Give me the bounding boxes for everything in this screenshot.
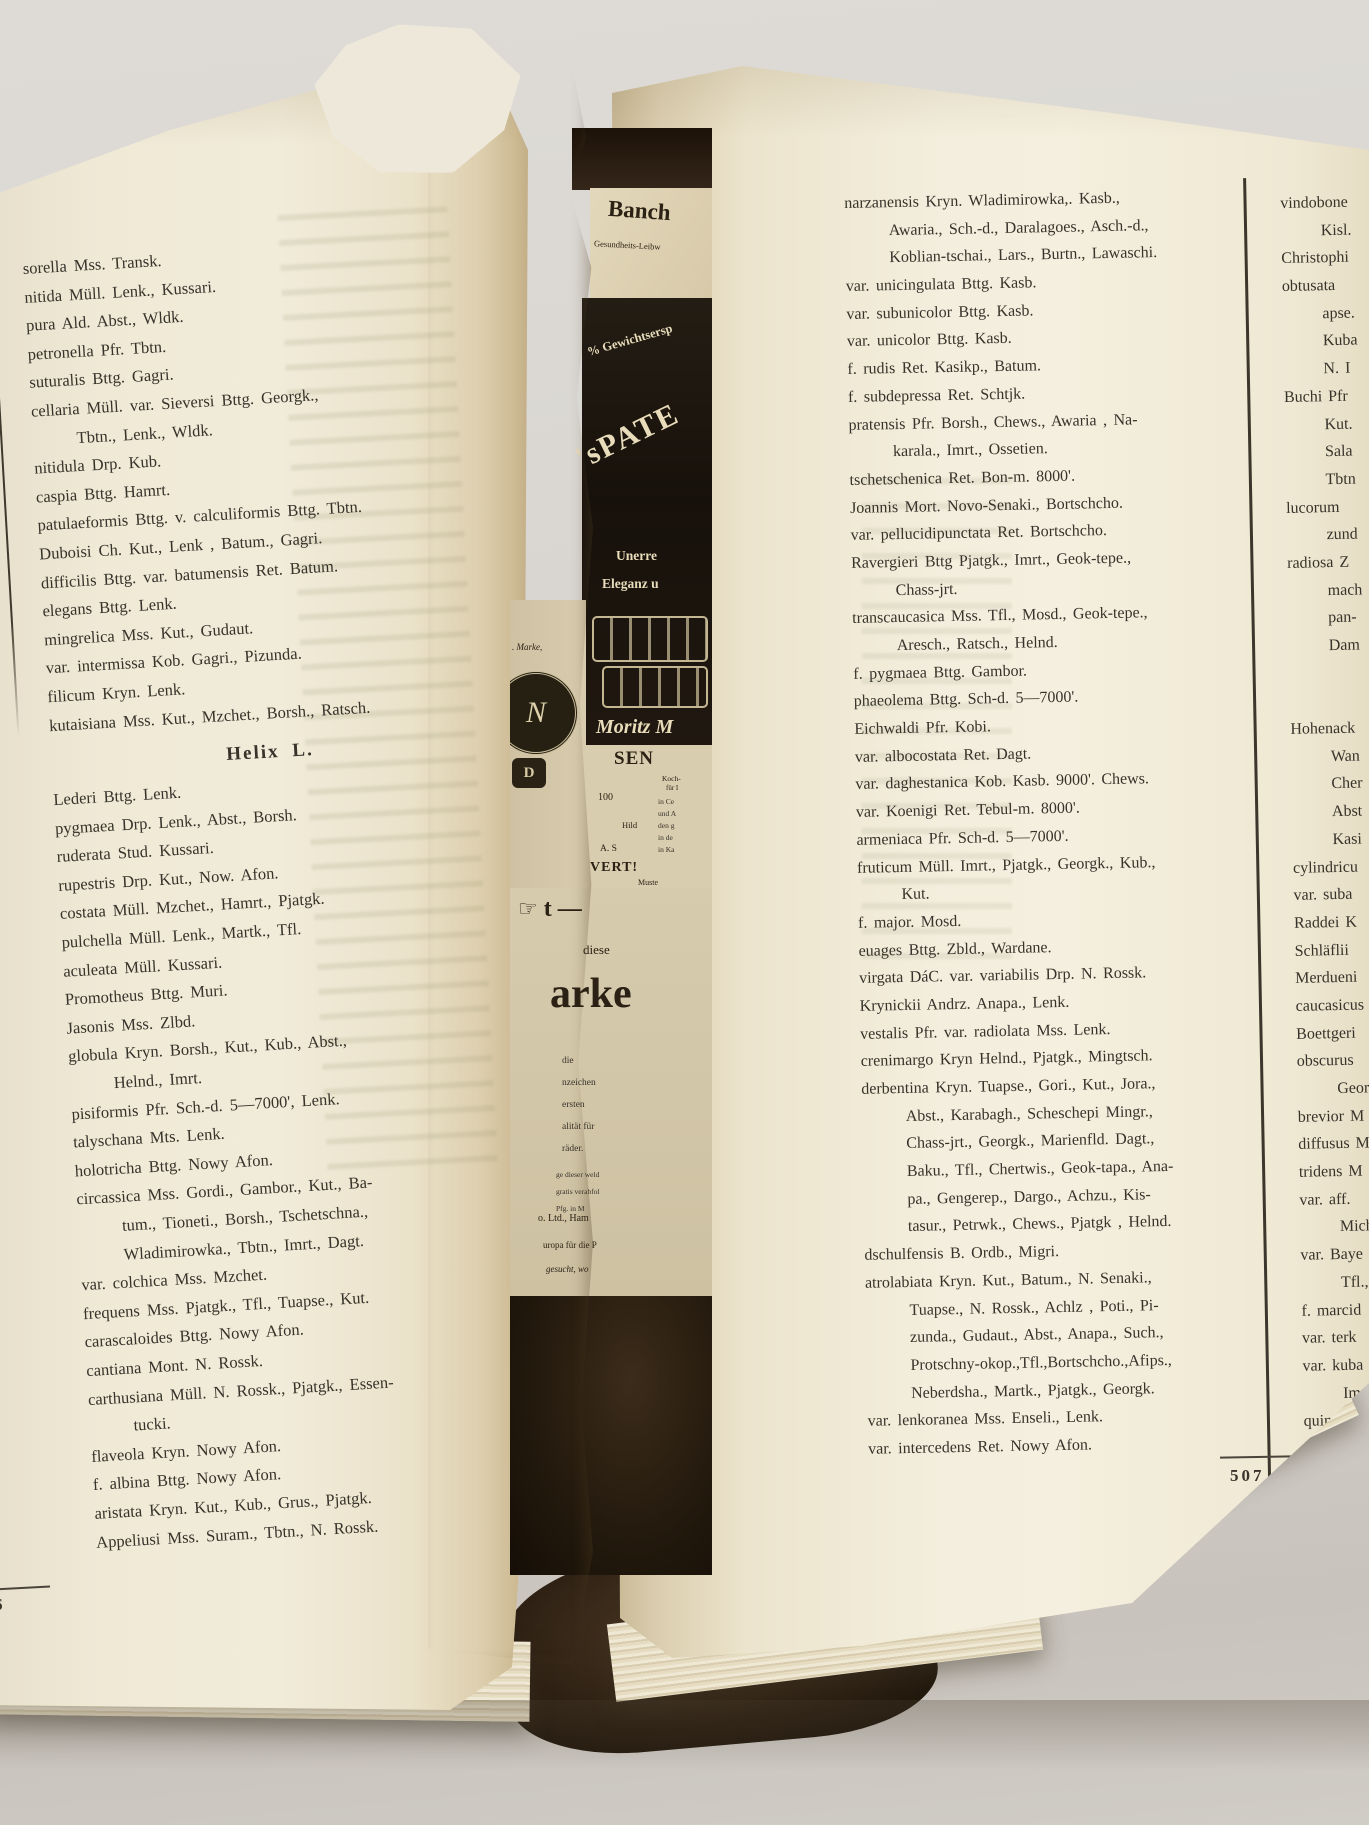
- catalog-line: obtusata: [1282, 270, 1369, 301]
- book-photograph: sorella Mss. Transk.nitida Müll. Lenk., …: [0, 0, 1369, 1825]
- left-page-number-rule: [0, 1585, 50, 1590]
- trunk-icon: [592, 616, 708, 662]
- catalog-line: Raddei K: [1294, 907, 1369, 938]
- catalog-line: vindobone: [1280, 187, 1369, 218]
- catalog-line: [1289, 658, 1369, 689]
- catalog-line: var. terk: [1302, 1322, 1369, 1353]
- left-page-number: 6: [0, 1595, 6, 1615]
- catalog-line: Wan: [1291, 741, 1369, 772]
- ad-tiny-line: und A: [658, 808, 676, 820]
- desk-shadow: [0, 1700, 1369, 1770]
- catalog-line: tridens M: [1299, 1156, 1369, 1187]
- catalog-line: Merdueni: [1295, 962, 1369, 993]
- catalog-line: [1290, 685, 1369, 716]
- catalog-line: apse.: [1282, 298, 1369, 329]
- catalog-line: Sala: [1285, 436, 1369, 467]
- ad-addr-hild: Hild: [622, 820, 637, 830]
- catalog-line: Dam: [1289, 630, 1369, 661]
- ad-top-binding: [572, 128, 712, 190]
- ad-tiny-line: in de: [658, 832, 676, 844]
- catalog-line: Schläflii: [1294, 935, 1369, 966]
- catalog-line: mach: [1287, 575, 1369, 606]
- ad-slogan2: Eleganz u: [602, 576, 659, 592]
- catalog-line: Geor: [1297, 1073, 1369, 1104]
- ad-maker: Moritz M: [596, 716, 673, 739]
- catalog-line: lucorum: [1286, 492, 1369, 523]
- torn-page-edges: [428, 40, 593, 1665]
- catalog-line: diffusus M: [1298, 1128, 1369, 1159]
- catalog-line: obscurus: [1296, 1045, 1369, 1076]
- ad-fuer: für I: [666, 784, 678, 792]
- catalog-line: pan-: [1288, 602, 1369, 633]
- ad-addr-100: 100: [598, 792, 613, 803]
- catalog-line: Buchi Pfr: [1284, 381, 1369, 412]
- ad-sen-heading: SEN: [614, 748, 654, 770]
- catalog-line: f. marcid: [1301, 1294, 1369, 1325]
- catalog-line: caucasicus: [1295, 990, 1369, 1021]
- catalog-line: var. kuba: [1302, 1350, 1369, 1381]
- catalog-line: brevior M: [1298, 1101, 1369, 1132]
- catalog-line: var. Baye: [1300, 1239, 1369, 1270]
- catalog-line: N. I: [1283, 353, 1369, 384]
- catalog-line: Tfl.,: [1301, 1267, 1369, 1298]
- catalog-line: Christophi: [1281, 242, 1369, 273]
- catalog-line: var. suba: [1293, 879, 1369, 910]
- catalog-line: Tbtn: [1285, 464, 1369, 495]
- catalog-line: Mich: [1300, 1211, 1369, 1242]
- right-page-column2: vindoboneKisl.Christophiobtusataapse.Kub…: [1280, 187, 1369, 1463]
- catalog-line: Kisl.: [1281, 215, 1369, 246]
- ad-tiny-right-lines: in Ceund Aden gin dein Ka: [658, 796, 676, 856]
- ad-diese: diese: [583, 942, 610, 958]
- catalog-line: Boettgeri: [1296, 1018, 1369, 1049]
- ad-vert: VERT!: [590, 860, 638, 876]
- catalog-line: Abst: [1292, 796, 1369, 827]
- ad-tiny-line: in Ka: [658, 844, 676, 856]
- ad-addr-as: A. S: [600, 844, 617, 854]
- ad-koch: Koch-: [662, 774, 681, 783]
- catalog-line: Imrt: [1303, 1377, 1369, 1408]
- trunk-icon: [602, 666, 708, 708]
- catalog-line: cylindricu: [1293, 851, 1369, 882]
- catalog-line: Cher: [1291, 768, 1369, 799]
- right-page-number: 507: [1230, 1466, 1265, 1486]
- catalog-line: Kasi: [1292, 824, 1369, 855]
- ad-muster: Muste: [638, 878, 658, 887]
- left-column-rule: [0, 267, 20, 736]
- ad-tiny-line: in Ce: [658, 796, 676, 808]
- catalog-line: Kut.: [1284, 409, 1369, 440]
- ad-masthead: Banch: [607, 196, 671, 226]
- ad-tiny-line: den g: [658, 820, 676, 832]
- ad-slogan1: Unerre: [616, 548, 657, 564]
- catalog-line: Hohenack: [1290, 713, 1369, 744]
- catalog-line: zund: [1286, 519, 1369, 550]
- catalog-line: var. aff.: [1299, 1184, 1369, 1215]
- right-page-number-rule: [1220, 1455, 1292, 1458]
- right-page-column1: narzanensis Kryn. Wladimirowka,. Kasb.,A…: [844, 182, 1284, 1463]
- catalog-line: radiosa Z: [1287, 547, 1369, 578]
- catalog-line: Kuba: [1283, 326, 1369, 357]
- catalog-line: tetrodon: [1304, 1433, 1369, 1464]
